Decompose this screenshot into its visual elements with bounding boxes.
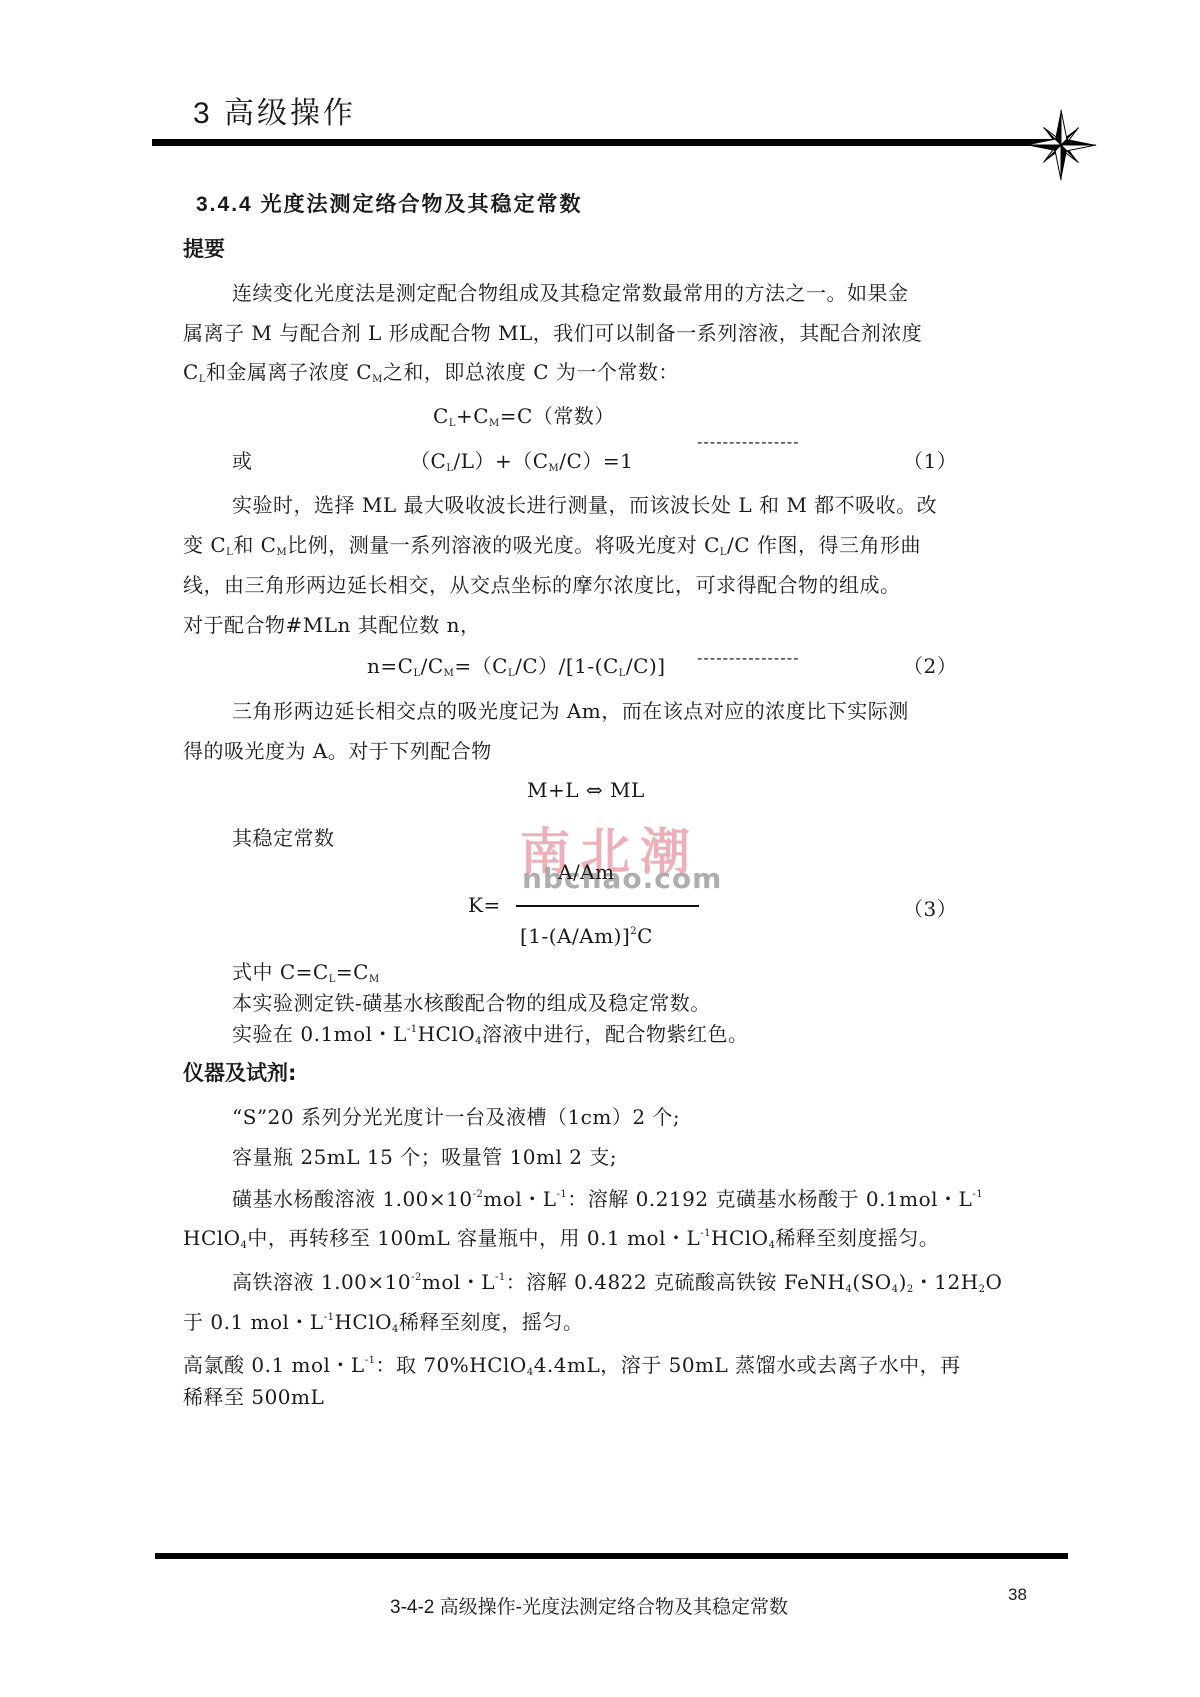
compass-star-icon [1022,106,1100,184]
apparatus-item-1: “S”20 系列分光光度计一台及液槽（1cm）2 个; [232,1101,680,1130]
summary-para3-line1: 三角形两边延长相交点的吸光度记为 Am，而在该点对应的浓度比下实际测 [232,695,909,724]
reaction-equation: M+L ⇔ ML [527,778,645,802]
equation-3-lhs: K= [468,893,501,917]
chapter-title: 3 高级操作 [193,88,356,132]
where-line: 式中 C=CL=CM [232,956,380,985]
summary-para1-line3: CL和金属离子浓度 CM之和，即总浓度 C 为一个常数： [183,356,679,385]
section-title: 3.4.4 光度法测定络合物及其稳定常数 [196,188,583,218]
page-number: 38 [1008,1585,1027,1605]
apparatus-heading: 仪器及试剂: [183,1057,296,1087]
equation-2-leader: ---------------- [697,648,800,667]
footer-rule [155,1553,1068,1559]
apparatus-item-5-line1: 高氯酸 0.1 mol・L-1：取 70%HClO44.4mL，溶于 50mL … [183,1349,961,1378]
apparatus-item-3-line2: HClO4中，再转移至 100mL 容量瓶中，用 0.1 mol・L-1HClO… [183,1222,939,1251]
summary-para3-line2: 得的吸光度为 A。对于下列配合物 [183,735,492,764]
apparatus-item-5-line2: 稀释至 500mL [183,1381,324,1410]
fraction-bar [516,905,699,907]
summary-para2-line2: 变 CL和 CM比例，测量一系列溶液的吸光度。将吸光度对 CL/C 作图，得三角… [183,529,921,558]
equilibrium-arrow-icon: ⇔ [586,778,603,802]
summary-heading: 提要 [183,233,225,263]
equation-3-denominator: [1-(A/Am)]2C [520,924,653,948]
summary-para2-line3: 线，由三角形两边延长相交，从交点坐标的摩尔浓度比，可求得配合物的组成。 [183,569,901,598]
footer-text: 3-4-2 高级操作-光度法测定络合物及其稳定常数 [390,1592,788,1619]
apparatus-item-2: 容量瓶 25mL 15 个；吸量管 10ml 2 支; [232,1141,617,1170]
equation-2: n=CL/CM=（CL/C）/[1-(CL/C)] [367,650,666,679]
header-rule [152,139,1057,146]
summary-para2-line1: 实验时，选择 ML 最大吸收波长进行测量，而该波长处 L 和 M 都不吸收。改 [232,489,937,518]
equation-1-prefix: 或 [232,445,253,474]
equation-1: （CL/L）+（CM/C）=1 [410,445,633,474]
equation-2-number: （2） [903,650,957,679]
equation-1-leader: ---------------- [697,432,800,451]
summary-para1-line1: 连续变化光度法是测定配合物组成及其稳定常数最常用的方法之一。如果金 [232,277,909,306]
equation-1-number: （1） [903,445,957,474]
summary-para2-line4: 对于配合物#MLn 其配位数 n， [183,609,481,638]
summary-para1-line2: 属离子 M 与配合剂 L 形成配合物 ML，我们可以制备一系列溶液，其配合剂浓度 [183,317,922,346]
summary-para5: 实验在 0.1mol・L-1HClO4溶液中进行，配合物紫红色。 [232,1018,749,1047]
equation-3-numerator: A/Am [558,860,615,884]
apparatus-item-3-line1: 磺基水杨酸溶液 1.00×10-2mol・L-1：溶解 0.2192 克磺基水杨… [232,1183,983,1212]
stability-label: 其稳定常数 [232,822,335,851]
apparatus-item-4-line2: 于 0.1 mol・L-1HClO4稀释至刻度，摇匀。 [183,1306,583,1335]
equation-0: CL+CM=C（常数） [433,400,615,429]
watermark-en: nbchao.com [522,862,722,895]
equation-3-number: （3） [903,893,957,922]
summary-para4: 本实验测定铁-磺基水核酸配合物的组成及稳定常数。 [232,987,711,1016]
apparatus-item-4-line1: 高铁溶液 1.00×10-2mol・L-1：溶解 0.4822 克硫酸高铁铵 F… [232,1266,1002,1295]
